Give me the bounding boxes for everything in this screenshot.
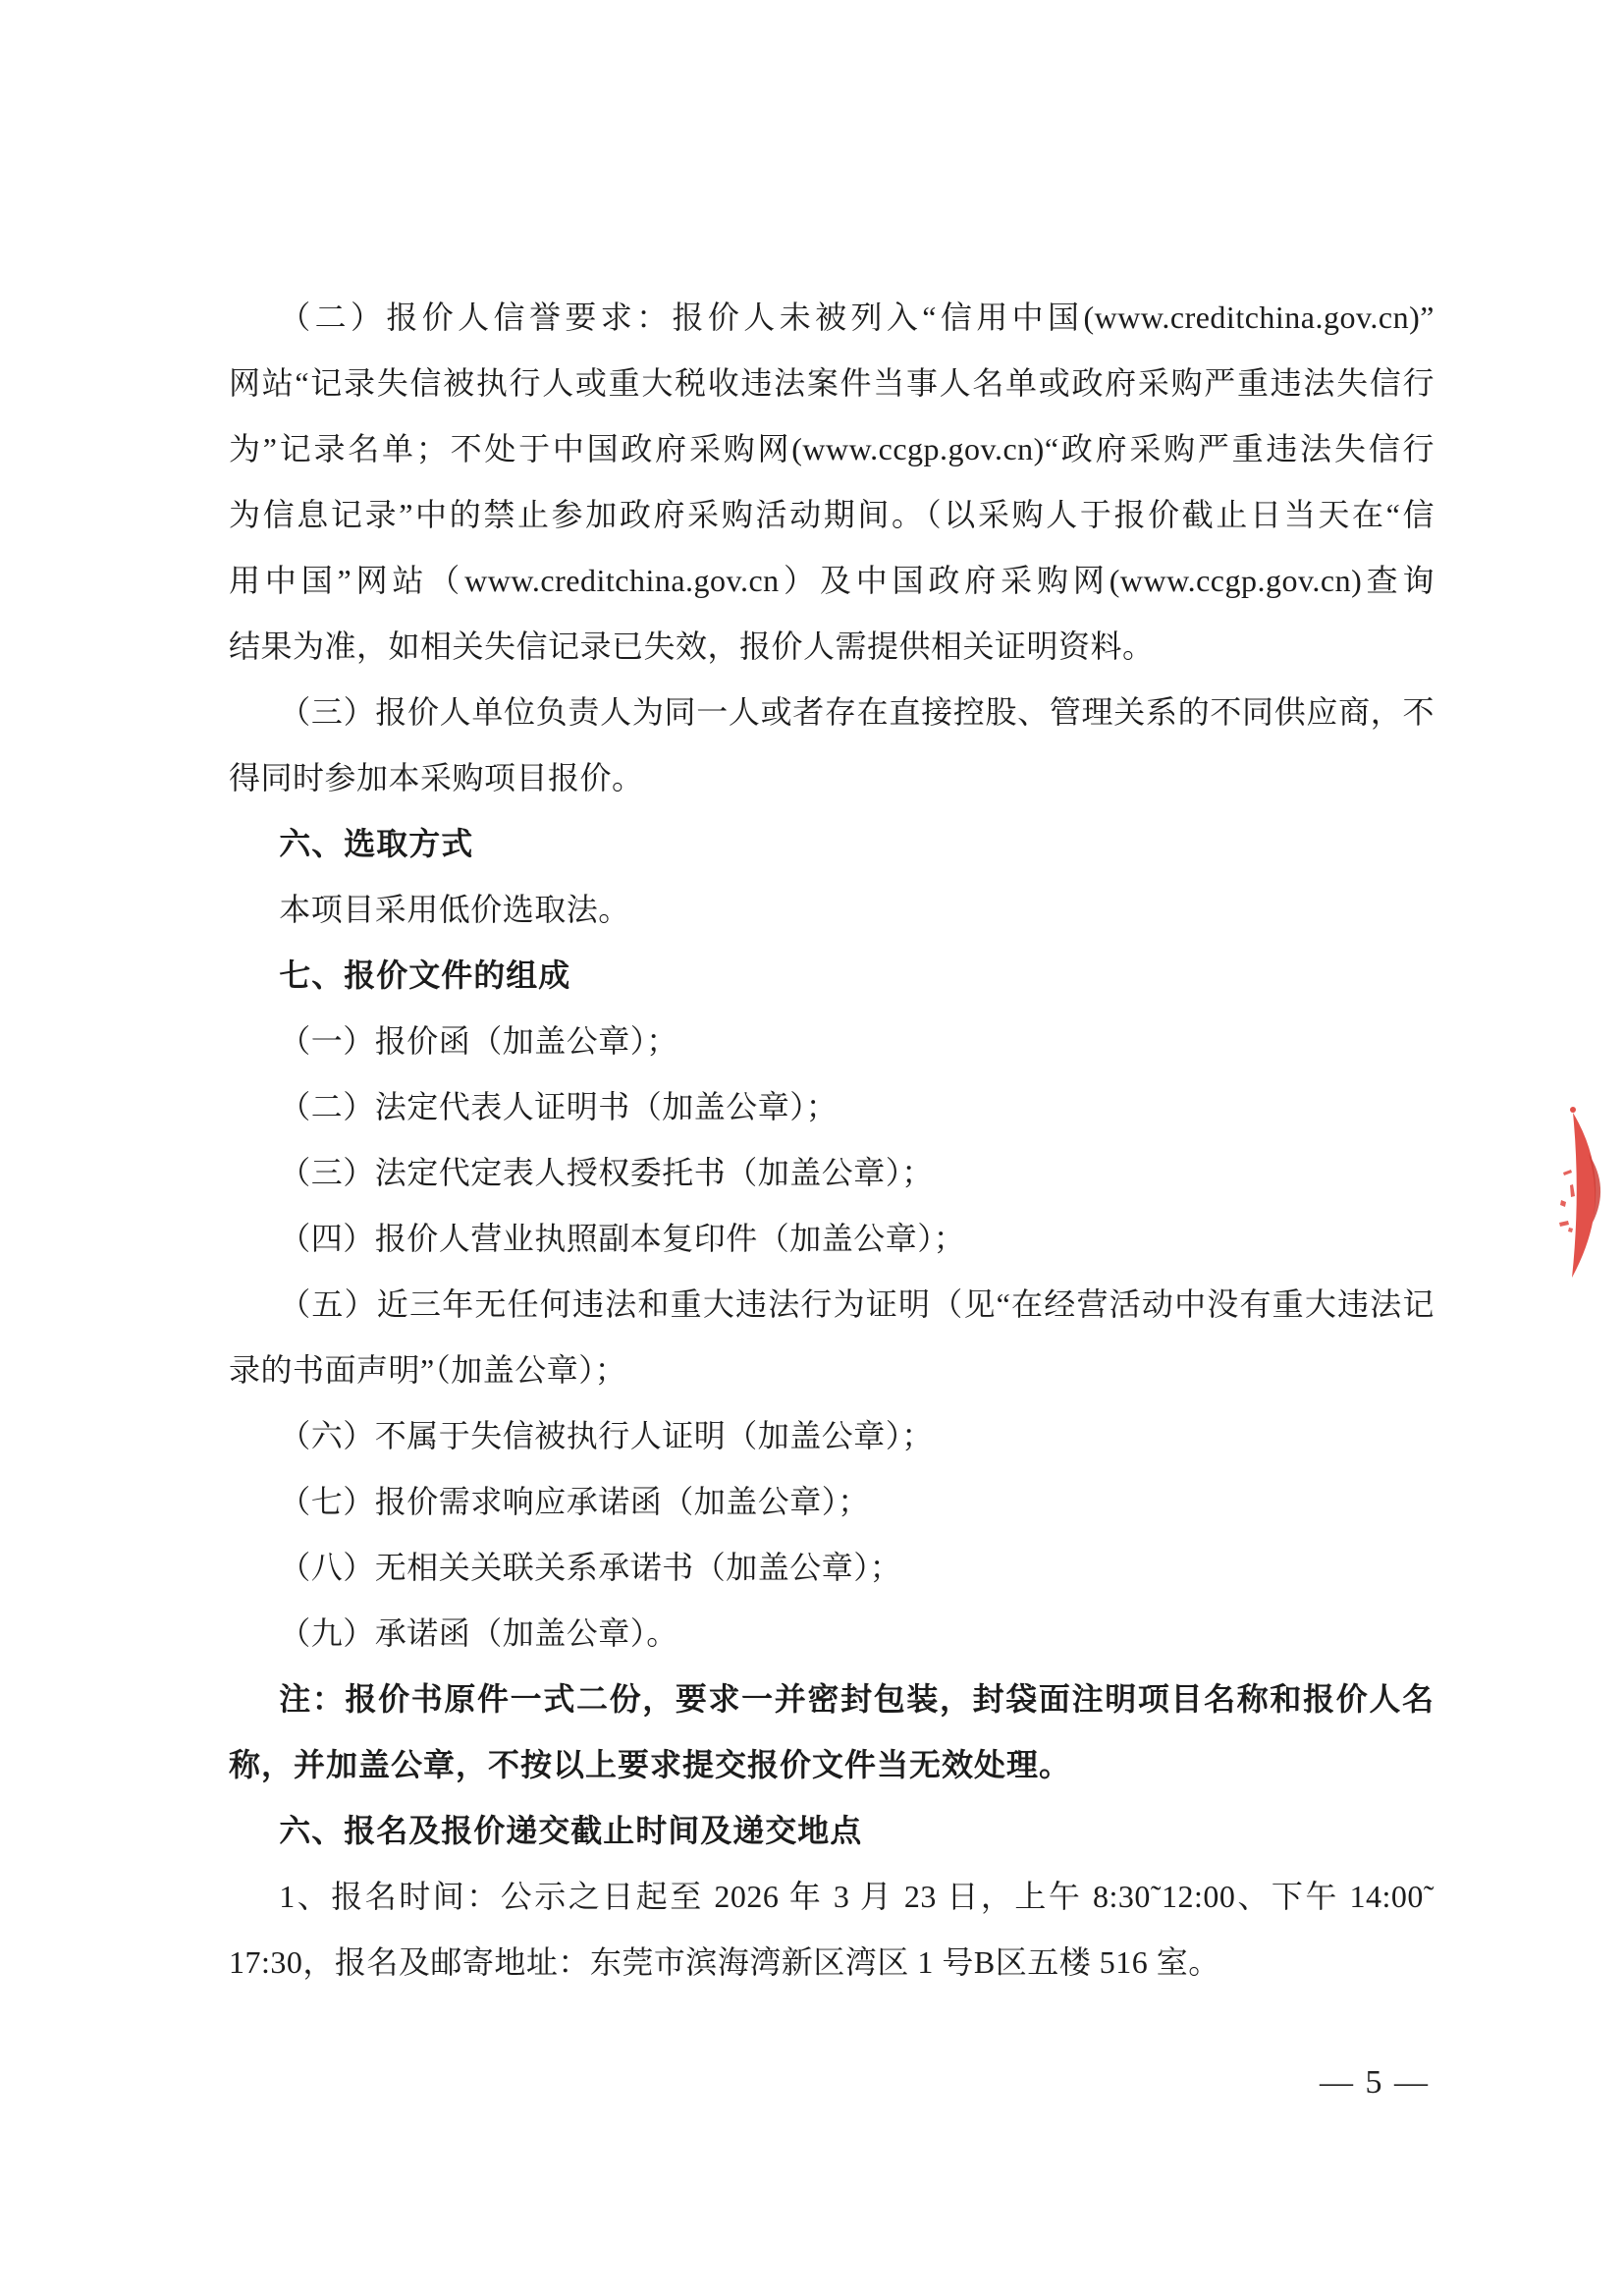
list-item: （六）不属于失信被执行人证明（加盖公章）；	[229, 1403, 1435, 1469]
list-item: （五）近三年无任何违法和重大违法行为证明（见“在经营活动中没有重大违法记	[229, 1272, 1435, 1338]
text-line: 本项目采用低价选取法。	[229, 877, 1435, 943]
text-line: 17:30，报名及邮寄地址：东莞市滨海湾新区湾区 1 号B区五楼 516 室。	[229, 1930, 1435, 1995]
text-line: 1、报名时间：公示之日起至 2026 年 3 月 23 日，上午 8:30˜12…	[229, 1864, 1435, 1930]
text-line: 用中国”网站（www.creditchina.gov.cn）及中国政府采购网(w…	[229, 548, 1435, 614]
list-item: 录的书面声明”（加盖公章）；	[229, 1338, 1435, 1403]
list-item: （四）报价人营业执照副本复印件（加盖公章）；	[229, 1206, 1435, 1272]
text-line: 为信息记录”中的禁止参加政府采购活动期间。（以采购人于报价截止日当天在“信	[229, 482, 1435, 548]
text-line: （二）报价人信誉要求：报价人未被列入“信用中国(www.creditchina.…	[229, 285, 1435, 351]
note-line: 称，并加盖公章，不按以上要求提交报价文件当无效处理。	[229, 1732, 1435, 1798]
list-item: （二）法定代表人证明书（加盖公章）；	[229, 1074, 1435, 1140]
section-heading: 七、报价文件的组成	[229, 943, 1435, 1009]
text-line: （三）报价人单位负责人为同一人或者存在直接控股、管理关系的不同供应商，不	[229, 680, 1435, 745]
red-stamp-icon	[1549, 1103, 1624, 1287]
text-line: 为”记录名单；不处于中国政府采购网(www.ccgp.gov.cn)“政府采购严…	[229, 416, 1435, 482]
text-line: 网站“记录失信被执行人或重大税收违法案件当事人名单或政府采购严重违法失信行	[229, 351, 1435, 416]
document-page: （二）报价人信誉要求：报价人未被列入“信用中国(www.creditchina.…	[229, 285, 1435, 1995]
list-item: （八）无相关关联关系承诺书（加盖公章）；	[229, 1535, 1435, 1601]
section-heading: 六、选取方式	[229, 811, 1435, 877]
list-item: （九）承诺函（加盖公章）。	[229, 1601, 1435, 1667]
list-item: （一）报价函（加盖公章）；	[229, 1009, 1435, 1074]
section-heading: 六、报名及报价递交截止时间及递交地点	[229, 1798, 1435, 1864]
list-item: （三）法定代定表人授权委托书（加盖公章）；	[229, 1140, 1435, 1206]
text-line: 结果为准，如相关失信记录已失效，报价人需提供相关证明资料。	[229, 614, 1435, 680]
note-line: 注：报价书原件一式二份，要求一并密封包装，封袋面注明项目名称和报价人名	[229, 1667, 1435, 1732]
text-line: 得同时参加本采购项目报价。	[229, 745, 1435, 811]
list-item: （七）报价需求响应承诺函（加盖公章）；	[229, 1469, 1435, 1535]
page-number: — 5 —	[1301, 2058, 1448, 2107]
